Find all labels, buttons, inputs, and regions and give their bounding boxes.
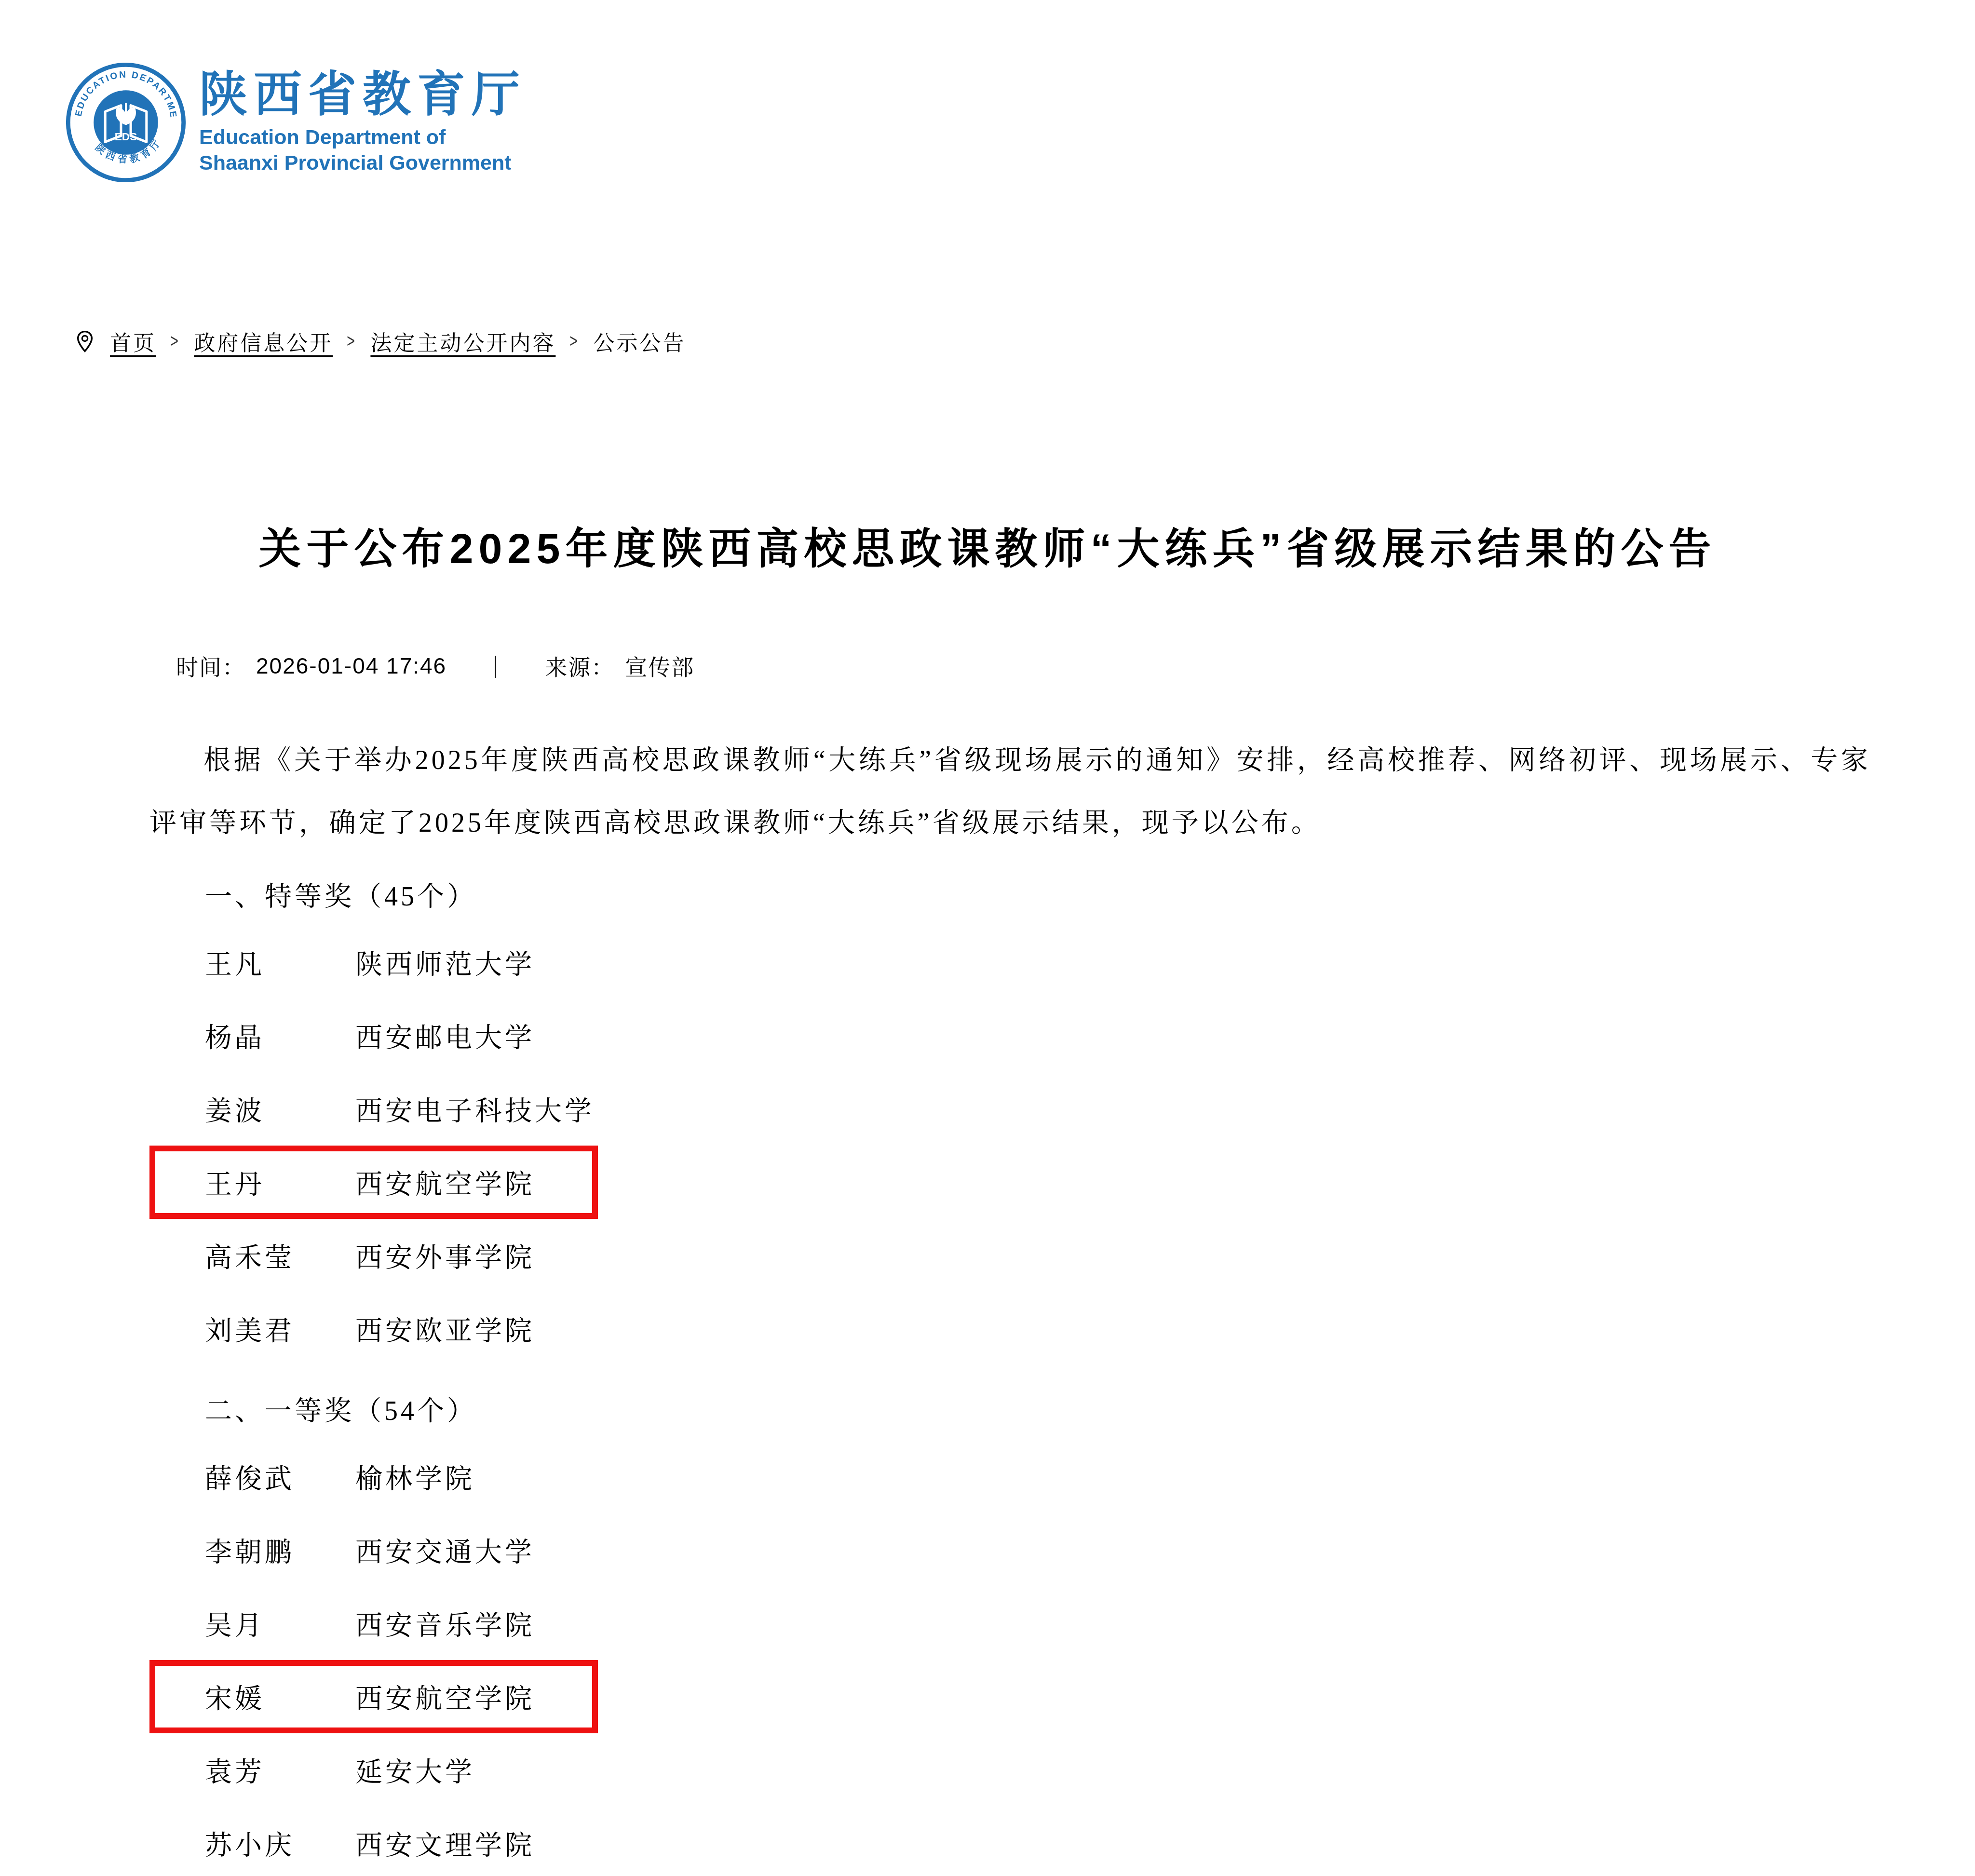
brand-name-en-line2: Shaanxi Provincial Government: [199, 150, 526, 175]
breadcrumb-link-gov-info[interactable]: 政府信息公开: [194, 326, 333, 357]
list-item: 杨晶西安邮电大学: [0, 999, 1975, 1072]
awardee-school: 榆林学院: [355, 1458, 475, 1496]
meta-time-label: 时间：: [176, 650, 245, 682]
breadcrumb-link-statutory-disclosure[interactable]: 法定主动公开内容: [370, 326, 555, 357]
awardee-name: 袁芳: [205, 1751, 355, 1789]
section-heading: 一、特等奖（45个）: [0, 863, 1975, 926]
awardee-name: 宋媛: [205, 1677, 355, 1716]
list-item: 吴月西安音乐学院: [0, 1587, 1975, 1660]
section-heading: 二、一等奖（54个）: [0, 1377, 1975, 1440]
list-item: 高禾莹西安外事学院: [0, 1219, 1975, 1292]
awardee-school: 西安航空学院: [355, 1677, 535, 1716]
awardee-name: 苏小庆: [205, 1824, 355, 1863]
meta-separator: ｜: [484, 650, 507, 682]
awardee-name: 薛俊武: [205, 1458, 355, 1496]
breadcrumb: 首页 > 政府信息公开 > 法定主动公开内容 > 公示公告: [72, 326, 686, 357]
awardee-school: 西安航空学院: [355, 1163, 535, 1201]
brand-name-cn: 陕西省教育厅: [199, 69, 526, 120]
awardee-school: 西安电子科技大学: [355, 1090, 595, 1128]
list-item: 姜波西安电子科技大学: [0, 1072, 1975, 1146]
meta-source-value: 宣传部: [625, 650, 694, 682]
breadcrumb-link-home[interactable]: 首页: [110, 326, 156, 357]
awardee-name: 姜波: [205, 1090, 355, 1128]
awardee-name: 王丹: [205, 1163, 355, 1201]
awardee-school: 西安交通大学: [355, 1531, 535, 1569]
awardee-name: 李朝鹏: [205, 1531, 355, 1569]
meta-source-label: 来源：: [545, 650, 614, 682]
awardee-name: 王凡: [205, 943, 355, 982]
awardee-school: 西安文理学院: [355, 1824, 535, 1863]
page-title: 关于公布2025年度陕西高校思政课教师“大练兵”省级展示结果的公告: [0, 515, 1975, 576]
awardee-school: 西安欧亚学院: [355, 1309, 535, 1348]
award-sections: 一、特等奖（45个）王凡陕西师范大学杨晶西安邮电大学姜波西安电子科技大学王丹西安…: [0, 863, 1975, 1876]
list-item: 苏小庆西安文理学院: [0, 1807, 1975, 1876]
list-item: 王凡陕西师范大学: [0, 926, 1975, 999]
breadcrumb-separator: >: [170, 331, 181, 352]
brand-name-en-line1: Education Department of: [199, 125, 526, 150]
list-item: 薛俊武榆林学院: [0, 1440, 1975, 1513]
awardee-name: 高禾莹: [205, 1236, 355, 1275]
brand-name-en: Education Department of Shaanxi Provinci…: [199, 125, 526, 175]
location-pin-icon: [72, 329, 97, 354]
awardee-school: 西安外事学院: [355, 1236, 535, 1275]
article-meta: 时间： 2026-01-04 17:46 ｜ 来源： 宣传部: [176, 650, 694, 682]
list-item: 袁芳延安大学: [0, 1733, 1975, 1807]
list-item-highlighted: 宋媛西安航空学院: [149, 1660, 598, 1733]
announcement-paragraph: 根据《关于举办2025年度陕西高校思政课教师“大练兵”省级现场展示的通知》安排，…: [149, 729, 1871, 854]
awardee-school: 延安大学: [355, 1751, 475, 1789]
svg-text:EDS: EDS: [115, 130, 137, 143]
list-item-highlighted: 王丹西安航空学院: [149, 1146, 598, 1219]
breadcrumb-current: 公示公告: [594, 326, 686, 357]
awardee-name: 刘美君: [205, 1309, 355, 1348]
awardee-name: 杨晶: [205, 1016, 355, 1055]
list-item: 刘美君西安欧亚学院: [0, 1292, 1975, 1365]
site-header: EDUCATION DEPARTMENT OF SHAANXI 陕西省教育厅 E…: [65, 62, 526, 183]
meta-time-value: 2026-01-04 17:46: [256, 653, 446, 679]
page: { "brand": { "color": "#2173b8", "seal_a…: [0, 0, 1975, 1876]
list-item: 李朝鹏西安交通大学: [0, 1513, 1975, 1587]
awardee-school: 西安邮电大学: [355, 1016, 535, 1055]
awardee-school: 陕西师范大学: [355, 943, 535, 982]
eds-seal-logo-icon: EDUCATION DEPARTMENT OF SHAANXI 陕西省教育厅 E…: [65, 62, 187, 183]
awardee-name: 吴月: [205, 1604, 355, 1643]
brand-text: 陕西省教育厅 Education Department of Shaanxi P…: [199, 69, 526, 175]
breadcrumb-separator: >: [346, 331, 357, 352]
awardee-school: 西安音乐学院: [355, 1604, 535, 1643]
breadcrumb-separator: >: [569, 331, 580, 352]
